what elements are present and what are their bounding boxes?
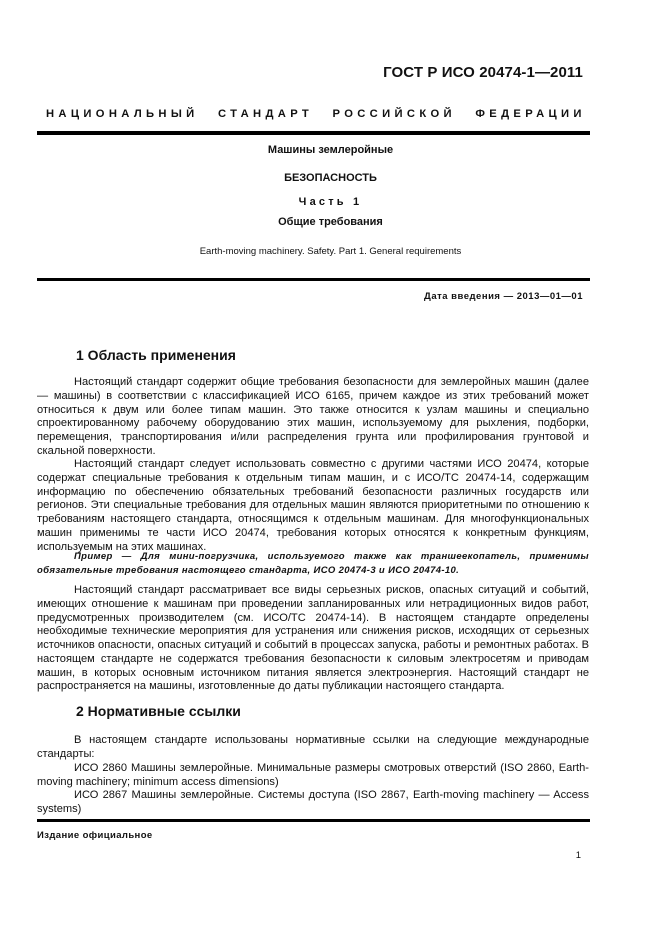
middle-rule	[37, 278, 590, 281]
title-machines: Машины землеройные	[0, 144, 661, 156]
reference-iso-2867: ИСО 2867 Машины землеройные. Системы дос…	[37, 789, 589, 817]
title-part: Часть 1	[0, 196, 661, 208]
date-of-introduction: Дата введения — 2013—01—01	[424, 291, 583, 302]
section-1-paragraph: Настоящий стандарт содержит общие требов…	[37, 376, 589, 459]
section-2-heading: 2 Нормативные ссылки	[76, 703, 241, 719]
section-1-paragraph: Настоящий стандарт рассматривает все вид…	[37, 584, 589, 694]
title-safety: БЕЗОПАСНОСТЬ	[0, 172, 661, 184]
page-number: 1	[576, 850, 581, 861]
title-general-requirements: Общие требования	[0, 216, 661, 228]
section-1-heading: 1 Область применения	[76, 347, 236, 363]
section-1-example-note: Пример — Для мини-погрузчика, используем…	[37, 550, 589, 577]
section-1-paragraph: Настоящий стандарт следует использовать …	[37, 458, 589, 554]
section-2-paragraph: В настоящем стандарте использованы норма…	[37, 734, 589, 762]
top-rule	[37, 131, 590, 135]
reference-iso-2860: ИСО 2860 Машины землеройные. Минимальные…	[37, 762, 589, 790]
official-edition-label: Издание официальное	[37, 830, 153, 841]
bottom-rule	[37, 819, 590, 822]
national-standard-banner: НАЦИОНАЛЬНЫЙ СТАНДАРТ РОССИЙСКОЙ ФЕДЕРАЦ…	[46, 108, 583, 120]
document-code: ГОСТ Р ИСО 20474-1—2011	[383, 64, 583, 81]
title-english: Earth-moving machinery. Safety. Part 1. …	[0, 246, 661, 257]
